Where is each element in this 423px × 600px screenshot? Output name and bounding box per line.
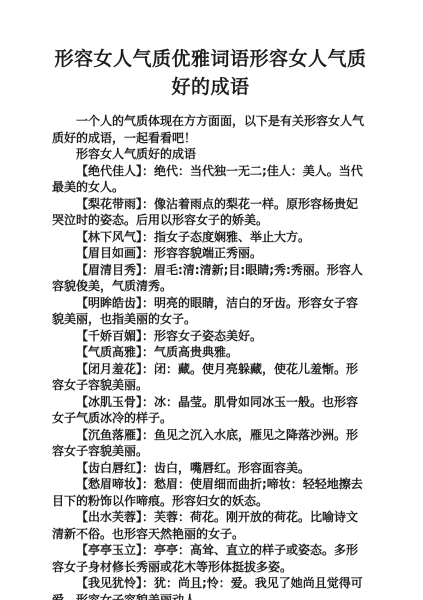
- idiom-entry: 【千娇百媚】：形容女子姿态美好。: [52, 328, 369, 345]
- idiom-entry: 【沉鱼落雁】：鱼见之沉入水底，雁见之降落沙洲。形容女子容貌美丽。: [52, 427, 369, 460]
- document-page: 形容女人气质优雅词语形容女人气质好的成语 一个人的气质体现在方方面面，以下是有关…: [0, 0, 423, 600]
- document-title: 形容女人气质优雅词语形容女人气质好的成语: [52, 46, 369, 102]
- intro-paragraph: 一个人的气质体现在方方面面，以下是有关形容女人气质好的成语，一起看看吧！: [52, 113, 369, 146]
- section-heading: 形容女人气质好的成语: [52, 146, 369, 163]
- document-body: 一个人的气质体现在方方面面，以下是有关形容女人气质好的成语，一起看看吧！ 形容女…: [52, 113, 369, 600]
- idiom-entry: 【明眸皓齿】：明亮的眼睛，洁白的牙齿。形容女子容貌美丽，也指美丽的女子。: [52, 295, 369, 328]
- idiom-entry: 【梨花带雨】：像沾着雨点的梨花一样。原形容杨贵妃哭泣时的姿态。后用以形容女子的娇…: [52, 196, 369, 229]
- idiom-entry: 【冰肌玉骨】：冰：晶莹。肌骨如同冰玉一般。也形容女子气质冰冷的样子。: [52, 394, 369, 427]
- idiom-entry: 【眉目如画】：形容容貌端正秀丽。: [52, 245, 369, 262]
- idiom-entry: 【愁眉啼妆】：愁眉：使眉细而曲折;啼妆：轻轻地擦去目下的粉饰以作啼痕。形容妇女的…: [52, 476, 369, 509]
- idiom-entry: 【齿白唇红】：齿白，嘴唇红。形容面容美。: [52, 460, 369, 477]
- idiom-entry: 【林下风气】：指女子态度娴雅、举止大方。: [52, 229, 369, 246]
- idiom-list: 【绝代佳人】：绝代：当代独一无二;佳人：美人。当代最美的女人。【梨花带雨】：像沾…: [52, 163, 369, 600]
- idiom-entry: 【亭亭玉立】：亭亭：高耸、直立的样子或姿态。多形容女子身材修长秀丽或花木等形体挺…: [52, 542, 369, 575]
- idiom-entry: 【闭月羞花】：闭：藏。使月亮躲藏，使花儿羞惭。形容女子容貌美丽。: [52, 361, 369, 394]
- idiom-entry: 【气质高雅】：气质高贵典雅。: [52, 344, 369, 361]
- idiom-entry: 【眉清目秀】：眉毛:清:清新;目:眼睛;秀:秀丽。形容人容貌俊美，气质清秀。: [52, 262, 369, 295]
- idiom-entry: 【出水芙蓉】：芙蓉：荷花。刚开放的荷花。比喻诗文清新不俗。也形容天然艳丽的女子。: [52, 509, 369, 542]
- idiom-entry: 【绝代佳人】：绝代：当代独一无二;佳人：美人。当代最美的女人。: [52, 163, 369, 196]
- idiom-entry: 【我见犹怜】：犹：尚且;怜：爱。我见了她尚且觉得可爱。形容女子容貌美丽动人。: [52, 575, 369, 600]
